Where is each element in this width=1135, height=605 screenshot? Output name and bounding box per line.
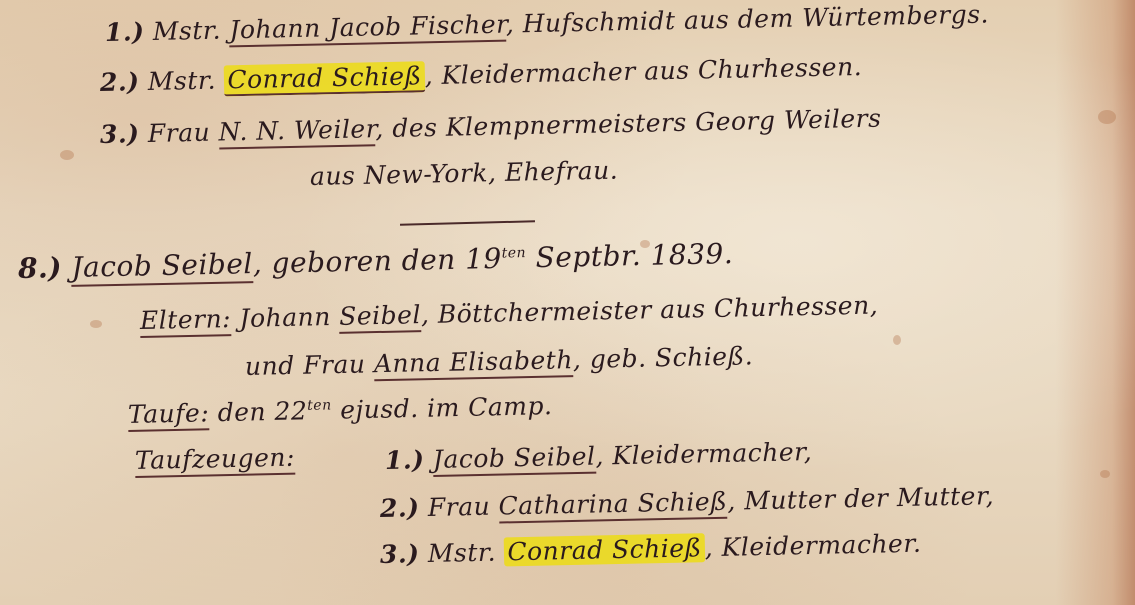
sponsor-title: Frau xyxy=(148,118,211,148)
stain-spot xyxy=(90,320,102,328)
sponsor-name-highlighted: Conrad Schieß xyxy=(224,61,425,96)
sponsor-description: , Kleidermacher aus Churhessen. xyxy=(424,52,862,90)
godparent-title: Mstr. xyxy=(428,538,497,568)
baptism-label: Taufe: xyxy=(128,398,210,432)
godparent-line-1: 1.) Jacob Seibel, Kleidermacher, xyxy=(385,437,813,475)
godparent-name-highlighted: Conrad Schieß xyxy=(504,533,705,566)
child-name: Jacob Seibel xyxy=(71,247,253,287)
godparent-name: Jacob Seibel xyxy=(433,442,596,477)
entry-header: 8.) Jacob Seibel, geboren den 19ten Sept… xyxy=(18,237,734,285)
entry-number: 8.) xyxy=(18,251,63,285)
mother-name: Anna Elisabeth xyxy=(374,345,574,381)
father-first-name: Johann xyxy=(239,302,331,333)
stain-spot xyxy=(1100,470,1110,478)
document-page: 1.) Mstr. Johann Jacob Fischer, Hufschmi… xyxy=(0,0,1135,605)
sponsor-line-2: 2.) Mstr. Conrad Schieß, Kleidermacher a… xyxy=(100,52,863,97)
godparent-description: , Kleidermacher, xyxy=(595,437,812,471)
stain-spot xyxy=(1098,110,1116,124)
baptism-date: den 22 xyxy=(217,396,307,427)
stain-spot xyxy=(893,335,901,345)
godparents-label: Taufzeugen: xyxy=(135,443,296,478)
father-description: , Böttchermeister aus Churhessen, xyxy=(421,291,879,330)
birth-month: Septbr. xyxy=(535,239,641,274)
godparent-number: 2.) xyxy=(380,493,420,523)
parents-line-1: Eltern: Johann Seibel, Böttchermeister a… xyxy=(140,291,879,335)
godparent-number: 3.) xyxy=(380,539,420,569)
baptism-day-suffix: ten xyxy=(307,397,332,414)
sponsor-description: , Hufschmidt aus dem Würtembergs. xyxy=(506,0,990,39)
father-surname: Seibel xyxy=(339,300,421,334)
birth-label: , geboren den xyxy=(252,243,456,280)
sponsor-line-3: 3.) Frau N. N. Weiler, des Klempnermeist… xyxy=(100,104,882,149)
sponsor-number: 1.) xyxy=(105,17,145,47)
parents-connector: und Frau xyxy=(245,349,366,381)
mother-description: , geb. Schieß. xyxy=(573,341,754,374)
godparent-number: 1.) xyxy=(385,445,425,475)
godparent-description: , Mutter der Mutter, xyxy=(727,481,994,516)
godparent-title: Frau xyxy=(428,492,491,522)
entry-separator xyxy=(400,220,535,226)
sponsor-line-3-continuation: aus New-York, Ehefrau. xyxy=(310,156,619,191)
birth-day: 19 xyxy=(465,242,502,276)
godparent-name: Catharina Schieß xyxy=(498,487,727,524)
sponsor-continuation: aus New-York, Ehefrau. xyxy=(310,156,619,191)
sponsor-description: , des Klempnermeisters Georg Weilers xyxy=(375,104,882,144)
godparent-line-3: 3.) Mstr. Conrad Schieß, Kleidermacher. xyxy=(380,529,922,569)
sponsor-line-1: 1.) Mstr. Johann Jacob Fischer, Hufschmi… xyxy=(105,0,990,47)
parents-line-2: und Frau Anna Elisabeth, geb. Schieß. xyxy=(245,341,754,381)
stain-spot xyxy=(60,150,74,160)
parents-label: Eltern: xyxy=(140,304,232,338)
sponsor-name: Johann Jacob Fischer xyxy=(229,10,506,48)
godparent-line-2: 2.) Frau Catharina Schieß, Mutter der Mu… xyxy=(380,481,995,523)
baptism-place: ejusd. im Camp. xyxy=(340,391,553,424)
baptism-line: Taufe: den 22ten ejusd. im Camp. xyxy=(128,391,553,429)
birth-year: 1839. xyxy=(650,237,733,272)
sponsor-name: N. N. Weiler xyxy=(218,114,375,149)
birth-day-suffix: ten xyxy=(502,245,527,262)
sponsor-number: 2.) xyxy=(100,67,140,97)
sponsor-title: Mstr. xyxy=(153,16,222,46)
sponsor-number: 3.) xyxy=(100,119,140,149)
godparents-label-line: Taufzeugen: xyxy=(135,443,295,475)
godparent-description: , Kleidermacher. xyxy=(704,529,921,563)
sponsor-title: Mstr. xyxy=(148,66,217,96)
